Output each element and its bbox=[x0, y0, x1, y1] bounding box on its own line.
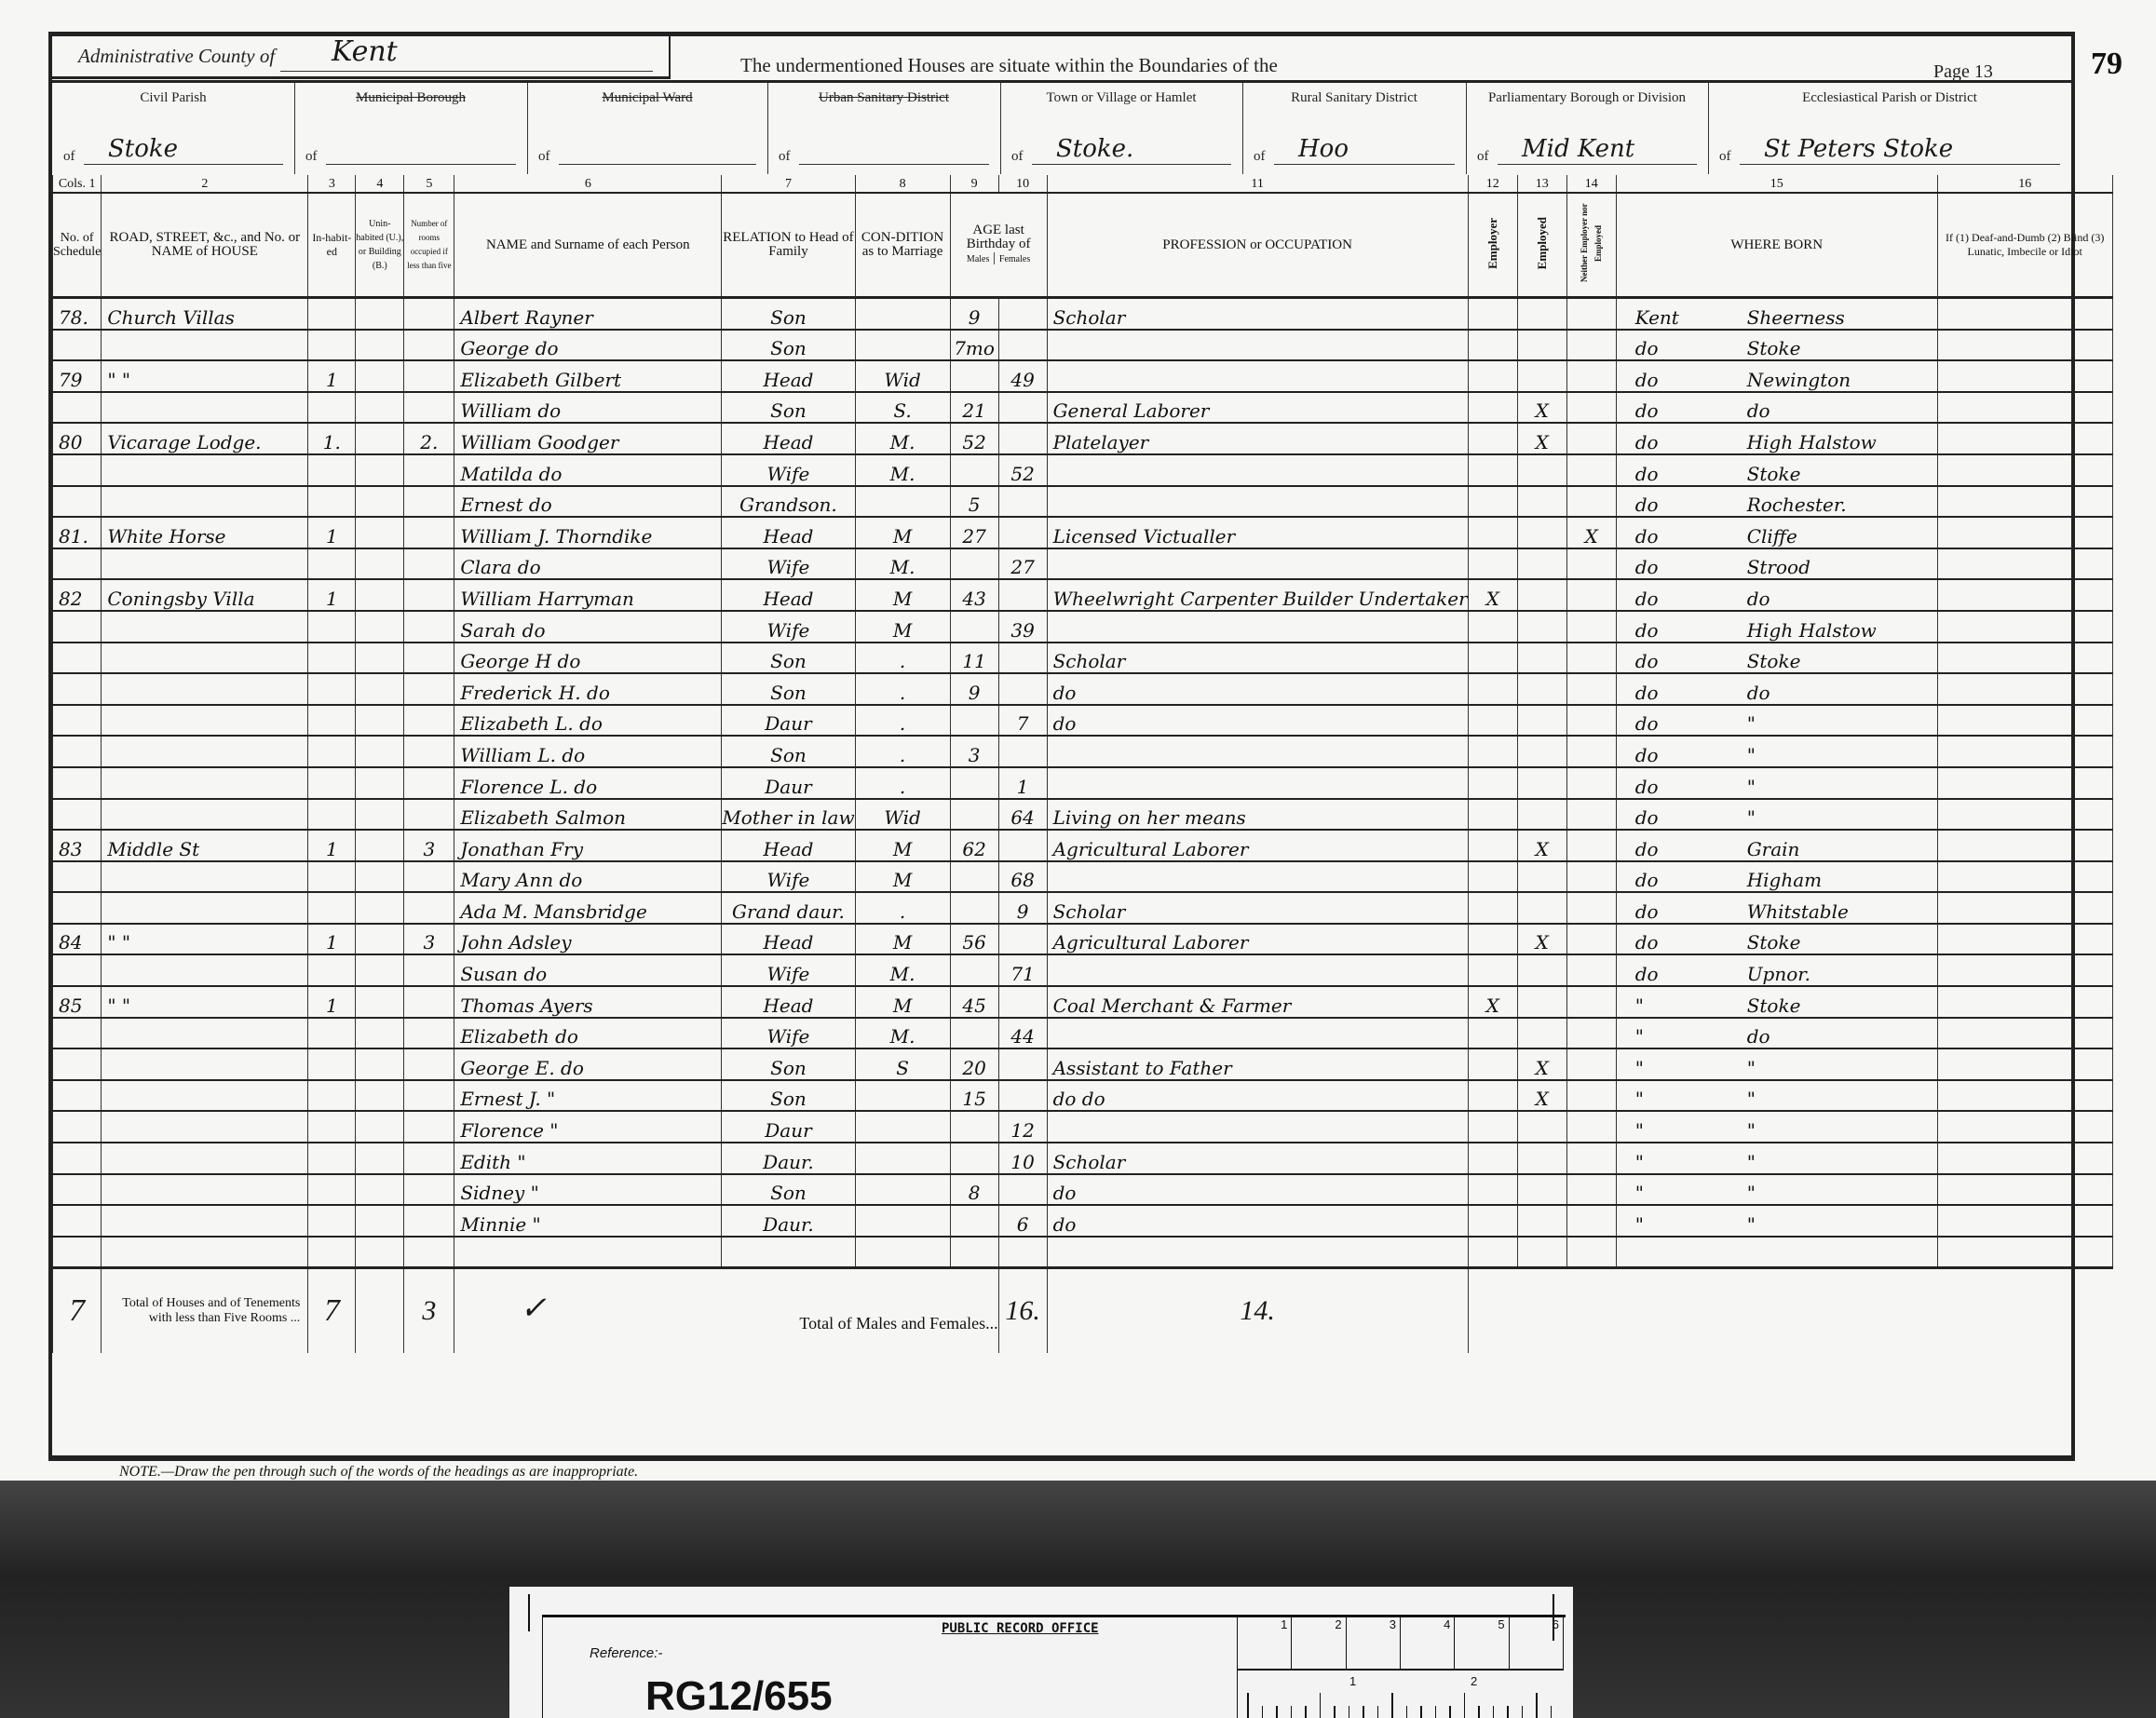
cell-name: Florence L. do bbox=[454, 767, 722, 799]
reference-label: Reference:- bbox=[590, 1645, 662, 1661]
header-occupation: PROFESSION or OCCUPATION bbox=[1047, 193, 1468, 298]
table-row: 82Coningsby Villa1William HarrymanHeadM4… bbox=[53, 579, 2113, 611]
cell-condition: M. bbox=[855, 454, 950, 486]
cell-condition: M. bbox=[855, 1018, 950, 1049]
cell-schedule bbox=[53, 611, 102, 643]
cell-employed: X bbox=[1517, 392, 1566, 424]
cell-inhabited bbox=[308, 1048, 356, 1080]
cell-occupation: do bbox=[1047, 1205, 1468, 1237]
cell-male-age: 45 bbox=[950, 986, 998, 1018]
cell-where-born: doHigham bbox=[1616, 861, 1937, 893]
cell-inhabited bbox=[308, 1143, 356, 1174]
cell-relation: Son bbox=[722, 643, 855, 674]
cell-employer bbox=[1468, 486, 1517, 518]
cell-rooms bbox=[404, 392, 454, 424]
cell-relation bbox=[722, 1237, 855, 1268]
cell-inhabited bbox=[308, 954, 356, 986]
total-inhabited: 7 bbox=[308, 1268, 356, 1354]
cell-male-age bbox=[950, 360, 998, 392]
cell-occupation: Scholar bbox=[1047, 643, 1468, 674]
cell-employed bbox=[1517, 767, 1566, 799]
cell-male-age: 8 bbox=[950, 1174, 998, 1206]
cell-occupation: Wheelwright Carpenter Builder Undertaker bbox=[1047, 579, 1468, 611]
cell-neither bbox=[1566, 736, 1616, 767]
cell-employer bbox=[1468, 392, 1517, 424]
cell-male-age: 27 bbox=[950, 517, 998, 548]
cell-occupation bbox=[1047, 861, 1468, 893]
cell-employed bbox=[1517, 799, 1566, 831]
cell-condition: M bbox=[855, 517, 950, 548]
total-houses-label: Total of Houses and of Tenements with le… bbox=[102, 1268, 308, 1354]
cell-where-born: doWhitstable bbox=[1616, 892, 1937, 924]
header-where-born: WHERE BORN bbox=[1616, 193, 1937, 298]
cell-occupation bbox=[1047, 360, 1468, 392]
cell-female-age bbox=[998, 423, 1047, 454]
cell-rooms bbox=[404, 1237, 454, 1268]
cell-female-age bbox=[998, 736, 1047, 767]
cell-schedule bbox=[53, 1018, 102, 1049]
cell-neither bbox=[1566, 392, 1616, 424]
cell-relation: Son bbox=[722, 1048, 855, 1080]
cell-neither bbox=[1566, 1237, 1616, 1268]
cell-occupation: Licensed Victualler bbox=[1047, 517, 1468, 548]
cell-rooms bbox=[404, 799, 454, 831]
cell-employer bbox=[1468, 892, 1517, 924]
cell-female-age: 1 bbox=[998, 767, 1047, 799]
table-row: Sarah doWifeM39doHigh Halstow bbox=[53, 611, 2113, 643]
administrative-county-box: Administrative County of Kent bbox=[52, 34, 671, 79]
cell-schedule bbox=[53, 1048, 102, 1080]
cell-inhabited bbox=[308, 392, 356, 424]
cell-where-born: do" bbox=[1616, 799, 1937, 831]
cell-rooms bbox=[404, 579, 454, 611]
cell-inhabited: 1 bbox=[308, 517, 356, 548]
cell-inhabited bbox=[308, 673, 356, 705]
cell-road bbox=[102, 1205, 308, 1237]
cell-employer bbox=[1468, 1080, 1517, 1112]
boundaries-row: Civil ParishofStokeMunicipal BoroughofMu… bbox=[52, 80, 2071, 176]
cell-condition: S. bbox=[855, 392, 950, 424]
cell-neither bbox=[1566, 579, 1616, 611]
boundary-value: Mid Kent bbox=[1522, 135, 1634, 163]
cell-condition: . bbox=[855, 736, 950, 767]
cell-neither bbox=[1566, 892, 1616, 924]
cell-occupation: Scholar bbox=[1047, 298, 1468, 330]
cell-rooms bbox=[404, 954, 454, 986]
cell-schedule bbox=[53, 1111, 102, 1143]
table-row: Edith "Daur.10Scholar"" bbox=[53, 1143, 2113, 1174]
cell-relation: Daur bbox=[722, 1111, 855, 1143]
cell-condition: . bbox=[855, 673, 950, 705]
cell-female-age: 7 bbox=[998, 705, 1047, 737]
cell-inhabited bbox=[308, 1205, 356, 1237]
table-row: 79" "1Elizabeth GilbertHeadWid49doNewing… bbox=[53, 360, 2113, 392]
cell-rooms bbox=[404, 1048, 454, 1080]
cell-relation: Son bbox=[722, 673, 855, 705]
cell-male-age: 20 bbox=[950, 1048, 998, 1080]
cell-rooms bbox=[404, 1205, 454, 1237]
cell-occupation bbox=[1047, 954, 1468, 986]
cell-name: Elizabeth do bbox=[454, 1018, 722, 1049]
cell-road bbox=[102, 454, 308, 486]
table-row: George H doSon.11ScholardoStoke bbox=[53, 643, 2113, 674]
column-number-row: Cols. 12345678910111213141516 bbox=[53, 175, 2113, 193]
table-row: 85" "1Thomas AyersHeadM45Coal Merchant &… bbox=[53, 986, 2113, 1018]
cell-where-born: "" bbox=[1616, 1143, 1937, 1174]
cell-relation: Head bbox=[722, 830, 855, 861]
cell-where-born: doCliffe bbox=[1616, 517, 1937, 548]
boundary-value: Stoke. bbox=[1056, 135, 1133, 163]
cell-male-age bbox=[950, 1018, 998, 1049]
cell-employer bbox=[1468, 924, 1517, 955]
column-header-row: No. of ScheduleROAD, STREET, &c., and No… bbox=[53, 193, 2113, 298]
cell-occupation: do bbox=[1047, 705, 1468, 737]
cell-employer bbox=[1468, 1143, 1517, 1174]
cell-relation: Daur. bbox=[722, 1143, 855, 1174]
census-table: Cols. 12345678910111213141516No. of Sche… bbox=[52, 175, 2113, 1353]
cell-road bbox=[102, 1080, 308, 1112]
cell-employed bbox=[1517, 1018, 1566, 1049]
cell-schedule: 82 bbox=[53, 579, 102, 611]
cell-employed bbox=[1517, 517, 1566, 548]
cell-road bbox=[102, 1237, 308, 1268]
cell-occupation bbox=[1047, 736, 1468, 767]
cell-inhabited bbox=[308, 892, 356, 924]
cell-employer bbox=[1468, 1174, 1517, 1206]
cell-road bbox=[102, 1174, 308, 1206]
cell-rooms bbox=[404, 611, 454, 643]
table-row: 81.White Horse1William J. ThorndikeHeadM… bbox=[53, 517, 2113, 548]
cell-male-age bbox=[950, 1237, 998, 1268]
boundary-value: Stoke bbox=[108, 135, 178, 163]
cell-male-age: 11 bbox=[950, 643, 998, 674]
cell-rooms: 3 bbox=[404, 830, 454, 861]
cell-male-age: 15 bbox=[950, 1080, 998, 1112]
cell-schedule bbox=[53, 1237, 102, 1268]
header-rooms: Number of rooms occupied if less than fi… bbox=[404, 193, 454, 298]
cell-neither bbox=[1566, 1080, 1616, 1112]
cell-where-born: doStoke bbox=[1616, 454, 1937, 486]
cell-male-age bbox=[950, 548, 998, 580]
cell-relation: Wife bbox=[722, 954, 855, 986]
table-row: Ernest doGrandson.5doRochester. bbox=[53, 486, 2113, 518]
cell-female-age: 6 bbox=[998, 1205, 1047, 1237]
table-row: Florence "Daur12"" bbox=[53, 1111, 2113, 1143]
cell-road: " " bbox=[102, 986, 308, 1018]
cell-employed bbox=[1517, 579, 1566, 611]
cell-inhabited bbox=[308, 705, 356, 737]
cell-relation: Head bbox=[722, 579, 855, 611]
boundaries-intro: The undermentioned Houses are situate wi… bbox=[740, 54, 1278, 77]
cell-relation: Son bbox=[722, 736, 855, 767]
cell-occupation bbox=[1047, 1237, 1468, 1268]
office-title: PUBLIC RECORD OFFICE bbox=[942, 1621, 1099, 1636]
cell-where-born: do" bbox=[1616, 736, 1937, 767]
administrative-county-value: Kent bbox=[332, 35, 398, 68]
cell-road: Vicarage Lodge. bbox=[102, 423, 308, 454]
cell-condition: M bbox=[855, 579, 950, 611]
cell-employer bbox=[1468, 517, 1517, 548]
cell-name: Minnie " bbox=[454, 1205, 722, 1237]
cell-employer bbox=[1468, 1237, 1517, 1268]
cell-name: George do bbox=[454, 330, 722, 361]
cell-schedule: 80 bbox=[53, 423, 102, 454]
cell-neither bbox=[1566, 673, 1616, 705]
cell-condition bbox=[855, 486, 950, 518]
cell-rooms bbox=[404, 892, 454, 924]
cell-employed bbox=[1517, 1143, 1566, 1174]
cell-where-born: "" bbox=[1616, 1174, 1937, 1206]
cell-neither bbox=[1566, 611, 1616, 643]
cell-employed bbox=[1517, 705, 1566, 737]
cell-inhabited: 1 bbox=[308, 360, 356, 392]
cell-male-age: 43 bbox=[950, 579, 998, 611]
table-row: 78.Church VillasAlbert RaynerSon9Scholar… bbox=[53, 298, 2113, 330]
cell-neither bbox=[1566, 486, 1616, 518]
cell-rooms: 2. bbox=[404, 423, 454, 454]
cell-neither bbox=[1566, 924, 1616, 955]
cell-neither bbox=[1566, 1111, 1616, 1143]
cell-inhabited bbox=[308, 1174, 356, 1206]
cell-rooms bbox=[404, 705, 454, 737]
cell-inhabited bbox=[308, 486, 356, 518]
cell-where-born: doNewington bbox=[1616, 360, 1937, 392]
cell-road bbox=[102, 1048, 308, 1080]
cell-rooms bbox=[404, 643, 454, 674]
cell-road: " " bbox=[102, 924, 308, 955]
cell-name: William L. do bbox=[454, 736, 722, 767]
cell-female-age bbox=[998, 986, 1047, 1018]
cell-name: George E. do bbox=[454, 1048, 722, 1080]
cell-inhabited bbox=[308, 767, 356, 799]
cell-rooms bbox=[404, 298, 454, 330]
header-relation: RELATION to Head of Family bbox=[722, 193, 855, 298]
cell-inhabited: 1 bbox=[308, 830, 356, 861]
cell-employer bbox=[1468, 1048, 1517, 1080]
cell-inhabited bbox=[308, 799, 356, 831]
cell-road bbox=[102, 673, 308, 705]
scale-ruler: 123456 12 bbox=[1237, 1617, 1564, 1718]
total-females: 14. bbox=[1047, 1268, 1468, 1354]
cell-condition: . bbox=[855, 892, 950, 924]
cell-inhabited bbox=[308, 736, 356, 767]
cell-employer bbox=[1468, 1205, 1517, 1237]
cell-rooms bbox=[404, 360, 454, 392]
cell-occupation bbox=[1047, 330, 1468, 361]
cell-road bbox=[102, 736, 308, 767]
cell-female-age bbox=[998, 486, 1047, 518]
cell-female-age: 27 bbox=[998, 548, 1047, 580]
table-row: Ada M. MansbridgeGrand daur..9ScholardoW… bbox=[53, 892, 2113, 924]
cell-condition: M. bbox=[855, 954, 950, 986]
cell-neither bbox=[1566, 986, 1616, 1018]
cell-female-age bbox=[998, 579, 1047, 611]
cell-name: Elizabeth Gilbert bbox=[454, 360, 722, 392]
cell-road bbox=[102, 548, 308, 580]
table-row: Elizabeth doWifeM.44"do bbox=[53, 1018, 2113, 1049]
cell-employer bbox=[1468, 548, 1517, 580]
cell-male-age bbox=[950, 1143, 998, 1174]
cell-condition bbox=[855, 1205, 950, 1237]
cell-relation: Son bbox=[722, 330, 855, 361]
table-row: Minnie "Daur.6do"" bbox=[53, 1205, 2113, 1237]
cell-employed bbox=[1517, 1174, 1566, 1206]
cell-where-born: do" bbox=[1616, 705, 1937, 737]
cell-employer bbox=[1468, 799, 1517, 831]
cell-schedule bbox=[53, 486, 102, 518]
cell-inhabited bbox=[308, 611, 356, 643]
cell-female-age bbox=[998, 673, 1047, 705]
cell-neither bbox=[1566, 454, 1616, 486]
cell-where-born: "" bbox=[1616, 1048, 1937, 1080]
cell-female-age: 52 bbox=[998, 454, 1047, 486]
cell-occupation bbox=[1047, 486, 1468, 518]
cell-employer bbox=[1468, 330, 1517, 361]
cell-where-born bbox=[1616, 1237, 1937, 1268]
cell-employed bbox=[1517, 548, 1566, 580]
cell-male-age bbox=[950, 892, 998, 924]
cell-male-age bbox=[950, 705, 998, 737]
table-row: William L. doSon.3do" bbox=[53, 736, 2113, 767]
cell-male-age: 9 bbox=[950, 298, 998, 330]
cell-inhabited bbox=[308, 548, 356, 580]
cell-employer: X bbox=[1468, 986, 1517, 1018]
cell-inhabited bbox=[308, 1080, 356, 1112]
cell-name: John Adsley bbox=[454, 924, 722, 955]
cell-condition: S bbox=[855, 1048, 950, 1080]
cell-schedule bbox=[53, 454, 102, 486]
cell-schedule bbox=[53, 330, 102, 361]
cell-employed: X bbox=[1517, 423, 1566, 454]
cell-road: " " bbox=[102, 360, 308, 392]
cell-name: Sidney " bbox=[454, 1174, 722, 1206]
cell-schedule: 78. bbox=[53, 298, 102, 330]
header-condition: CON-DITION as to Marriage bbox=[855, 193, 950, 298]
cell-employer bbox=[1468, 611, 1517, 643]
boundary-town-or-village-or-hamlet: Town or Village or HamletofStoke. bbox=[1000, 83, 1243, 174]
cell-neither bbox=[1566, 767, 1616, 799]
cell-name: Sarah do bbox=[454, 611, 722, 643]
cell-employer bbox=[1468, 1018, 1517, 1049]
cell-road bbox=[102, 486, 308, 518]
cell-schedule bbox=[53, 1143, 102, 1174]
cell-rooms bbox=[404, 548, 454, 580]
cell-neither bbox=[1566, 705, 1616, 737]
cell-inhabited: 1 bbox=[308, 924, 356, 955]
cell-neither bbox=[1566, 330, 1616, 361]
cell-occupation: Assistant to Father bbox=[1047, 1048, 1468, 1080]
cell-inhabited bbox=[308, 643, 356, 674]
header-road: ROAD, STREET, &c., and No. or NAME of HO… bbox=[102, 193, 308, 298]
cell-rooms bbox=[404, 454, 454, 486]
cell-name: Elizabeth L. do bbox=[454, 705, 722, 737]
cell-condition: M bbox=[855, 986, 950, 1018]
cell-name: William Harryman bbox=[454, 579, 722, 611]
cell-inhabited bbox=[308, 454, 356, 486]
table-row: 83Middle St13Jonathan FryHeadM62Agricult… bbox=[53, 830, 2113, 861]
cell-male-age: 62 bbox=[950, 830, 998, 861]
cell-rooms bbox=[404, 517, 454, 548]
cell-employed bbox=[1517, 986, 1566, 1018]
cell-rooms bbox=[404, 1143, 454, 1174]
cell-employed bbox=[1517, 360, 1566, 392]
cell-schedule bbox=[53, 892, 102, 924]
cell-relation: Wife bbox=[722, 861, 855, 893]
cell-schedule bbox=[53, 861, 102, 893]
cell-male-age bbox=[950, 1205, 998, 1237]
cell-road bbox=[102, 954, 308, 986]
cell-female-age: 71 bbox=[998, 954, 1047, 986]
cell-where-born: "" bbox=[1616, 1080, 1937, 1112]
cell-schedule: 81. bbox=[53, 517, 102, 548]
table-row: George doSon7modoStoke bbox=[53, 330, 2113, 361]
cell-relation: Wife bbox=[722, 548, 855, 580]
cell-neither bbox=[1566, 861, 1616, 893]
cell-where-born: doStoke bbox=[1616, 643, 1937, 674]
cell-employer bbox=[1468, 705, 1517, 737]
cell-road: White Horse bbox=[102, 517, 308, 548]
cell-employer bbox=[1468, 673, 1517, 705]
cell-rooms bbox=[404, 673, 454, 705]
cell-neither bbox=[1566, 1143, 1616, 1174]
cell-employer bbox=[1468, 767, 1517, 799]
cell-male-age: 3 bbox=[950, 736, 998, 767]
cell-relation: Wife bbox=[722, 454, 855, 486]
cell-male-age bbox=[950, 611, 998, 643]
cell-road bbox=[102, 1111, 308, 1143]
cell-name: Frederick H. do bbox=[454, 673, 722, 705]
cell-relation: Head bbox=[722, 517, 855, 548]
cell-name: George H do bbox=[454, 643, 722, 674]
cell-rooms bbox=[404, 736, 454, 767]
cell-rooms bbox=[404, 486, 454, 518]
cell-neither bbox=[1566, 1205, 1616, 1237]
cell-rooms bbox=[404, 1111, 454, 1143]
header-infirmity: If (1) Deaf-and-Dumb (2) Blind (3) Lunat… bbox=[1937, 193, 2112, 298]
cell-where-born: KentSheerness bbox=[1616, 298, 1937, 330]
cell-male-age: 5 bbox=[950, 486, 998, 518]
cell-name: Matilda do bbox=[454, 454, 722, 486]
cell-schedule bbox=[53, 1080, 102, 1112]
cell-condition: M bbox=[855, 611, 950, 643]
cell-relation: Grandson. bbox=[722, 486, 855, 518]
cell-employer: X bbox=[1468, 579, 1517, 611]
cell-relation: Son bbox=[722, 392, 855, 424]
cell-occupation: Scholar bbox=[1047, 892, 1468, 924]
cell-employer bbox=[1468, 954, 1517, 986]
cell-road bbox=[102, 861, 308, 893]
cell-neither bbox=[1566, 799, 1616, 831]
cell-rooms bbox=[404, 767, 454, 799]
cell-road bbox=[102, 1018, 308, 1049]
cell-where-born: doStoke bbox=[1616, 924, 1937, 955]
cell-female-age: 39 bbox=[998, 611, 1047, 643]
total-males: 16. bbox=[998, 1268, 1047, 1354]
cell-relation: Mother in law bbox=[722, 799, 855, 831]
cell-male-age bbox=[950, 799, 998, 831]
cell-occupation: Scholar bbox=[1047, 1143, 1468, 1174]
boundary-value: Hoo bbox=[1298, 135, 1349, 163]
cell-female-age: 9 bbox=[998, 892, 1047, 924]
cell-occupation bbox=[1047, 1018, 1468, 1049]
cell-female-age: 12 bbox=[998, 1111, 1047, 1143]
cell-employed bbox=[1517, 1111, 1566, 1143]
header-schedule: No. of Schedule bbox=[53, 193, 102, 298]
cell-condition: . bbox=[855, 705, 950, 737]
cell-female-age: 44 bbox=[998, 1018, 1047, 1049]
cell-female-age bbox=[998, 924, 1047, 955]
cell-employed bbox=[1517, 454, 1566, 486]
